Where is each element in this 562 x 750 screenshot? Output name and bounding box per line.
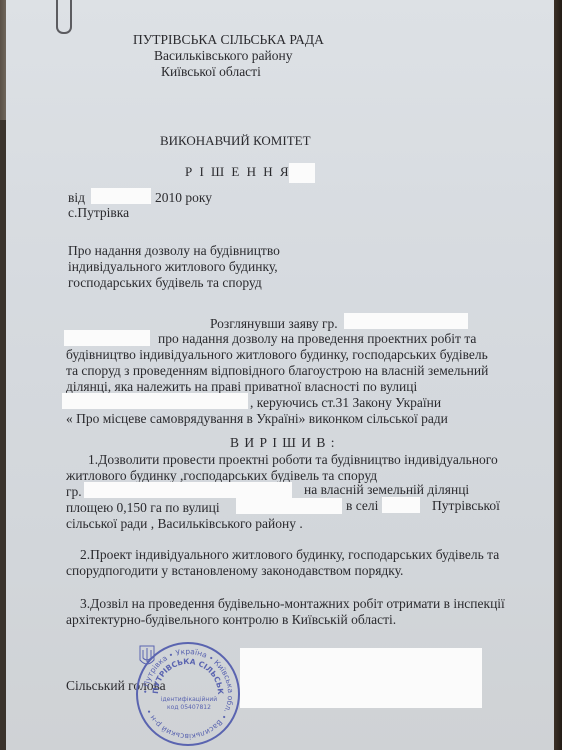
preamble-line: « Про місцеве самоврядування в Україні» …	[66, 411, 448, 427]
preamble-line: Розглянувши заяву гр.	[210, 316, 338, 332]
item-1-line: гр.	[66, 484, 82, 500]
document-page: ПУТРІВСЬКА СІЛЬСЬКА РАДА Васильківського…	[6, 0, 554, 750]
redacted-date	[91, 188, 151, 204]
village-name: с.Путрівка	[68, 205, 129, 221]
item-1-line: сільської ради , Васильківського району …	[66, 516, 303, 532]
preamble-line: та споруд з проведенням відповідного бла…	[66, 363, 488, 379]
subject-line: індивідуального житлового будинку,	[68, 259, 278, 275]
committee-heading: ВИКОНАВЧИЙ КОМІТЕТ	[160, 133, 311, 149]
council-name: ПУТРІВСЬКА СІЛЬСЬКА РАДА	[133, 32, 324, 48]
redacted-signature	[240, 648, 482, 708]
official-stamp: • Путрівка • Україна • Київська обл. • В…	[136, 642, 240, 746]
preamble-line: про надання дозволу на проведення проект…	[158, 331, 476, 347]
redacted-applicant-name-cont	[64, 330, 150, 346]
resolved-heading: В И Р І Ш И В :	[230, 435, 336, 451]
redacted-applicant-name	[344, 313, 468, 329]
item-3-line: архітектурно-будівельного контролю в Киї…	[66, 612, 396, 628]
paperclip-icon	[56, 0, 72, 34]
item-1-line: Путрівської	[432, 498, 500, 514]
stamp-code-label: ідентифікаційний	[154, 696, 224, 703]
subject-line: господарських будівель та споруд	[68, 275, 262, 291]
redacted-street	[62, 393, 248, 409]
subject-line: Про надання дозволу на будівництво	[68, 243, 280, 259]
stamp-code: код 05407812	[154, 704, 224, 711]
redacted-decision-number	[289, 163, 315, 183]
region-name: Київської області	[161, 64, 261, 80]
preamble-line: будівництво індивідуального житлового бу…	[66, 347, 488, 363]
item-1-line: на власній земельній ділянці	[304, 482, 469, 498]
redacted-village-item1	[382, 497, 420, 513]
item-3-line: 3.Дозвіл на проведення будівельно-монтаж…	[80, 596, 505, 612]
item-2-line: спорудпогодити у встановленому законодав…	[66, 563, 403, 579]
redacted-applicant-name-item1	[84, 482, 292, 498]
item-1-line: 1.Дозволити провести проектні роботи та …	[88, 452, 498, 468]
preamble-line: , керуючись ст.31 Закону України	[250, 395, 441, 411]
item-1-line: площею 0,150 га по вулиці	[66, 500, 220, 516]
date-suffix: 2010 року	[155, 190, 212, 206]
trident-icon	[138, 644, 156, 668]
redacted-street-item1	[236, 498, 342, 514]
item-2-line: 2.Проект індивідуального житлового будин…	[80, 547, 499, 563]
district-name: Васильківського району	[154, 48, 293, 64]
item-1-line: в селі	[346, 498, 378, 514]
date-prefix: від	[68, 190, 85, 206]
